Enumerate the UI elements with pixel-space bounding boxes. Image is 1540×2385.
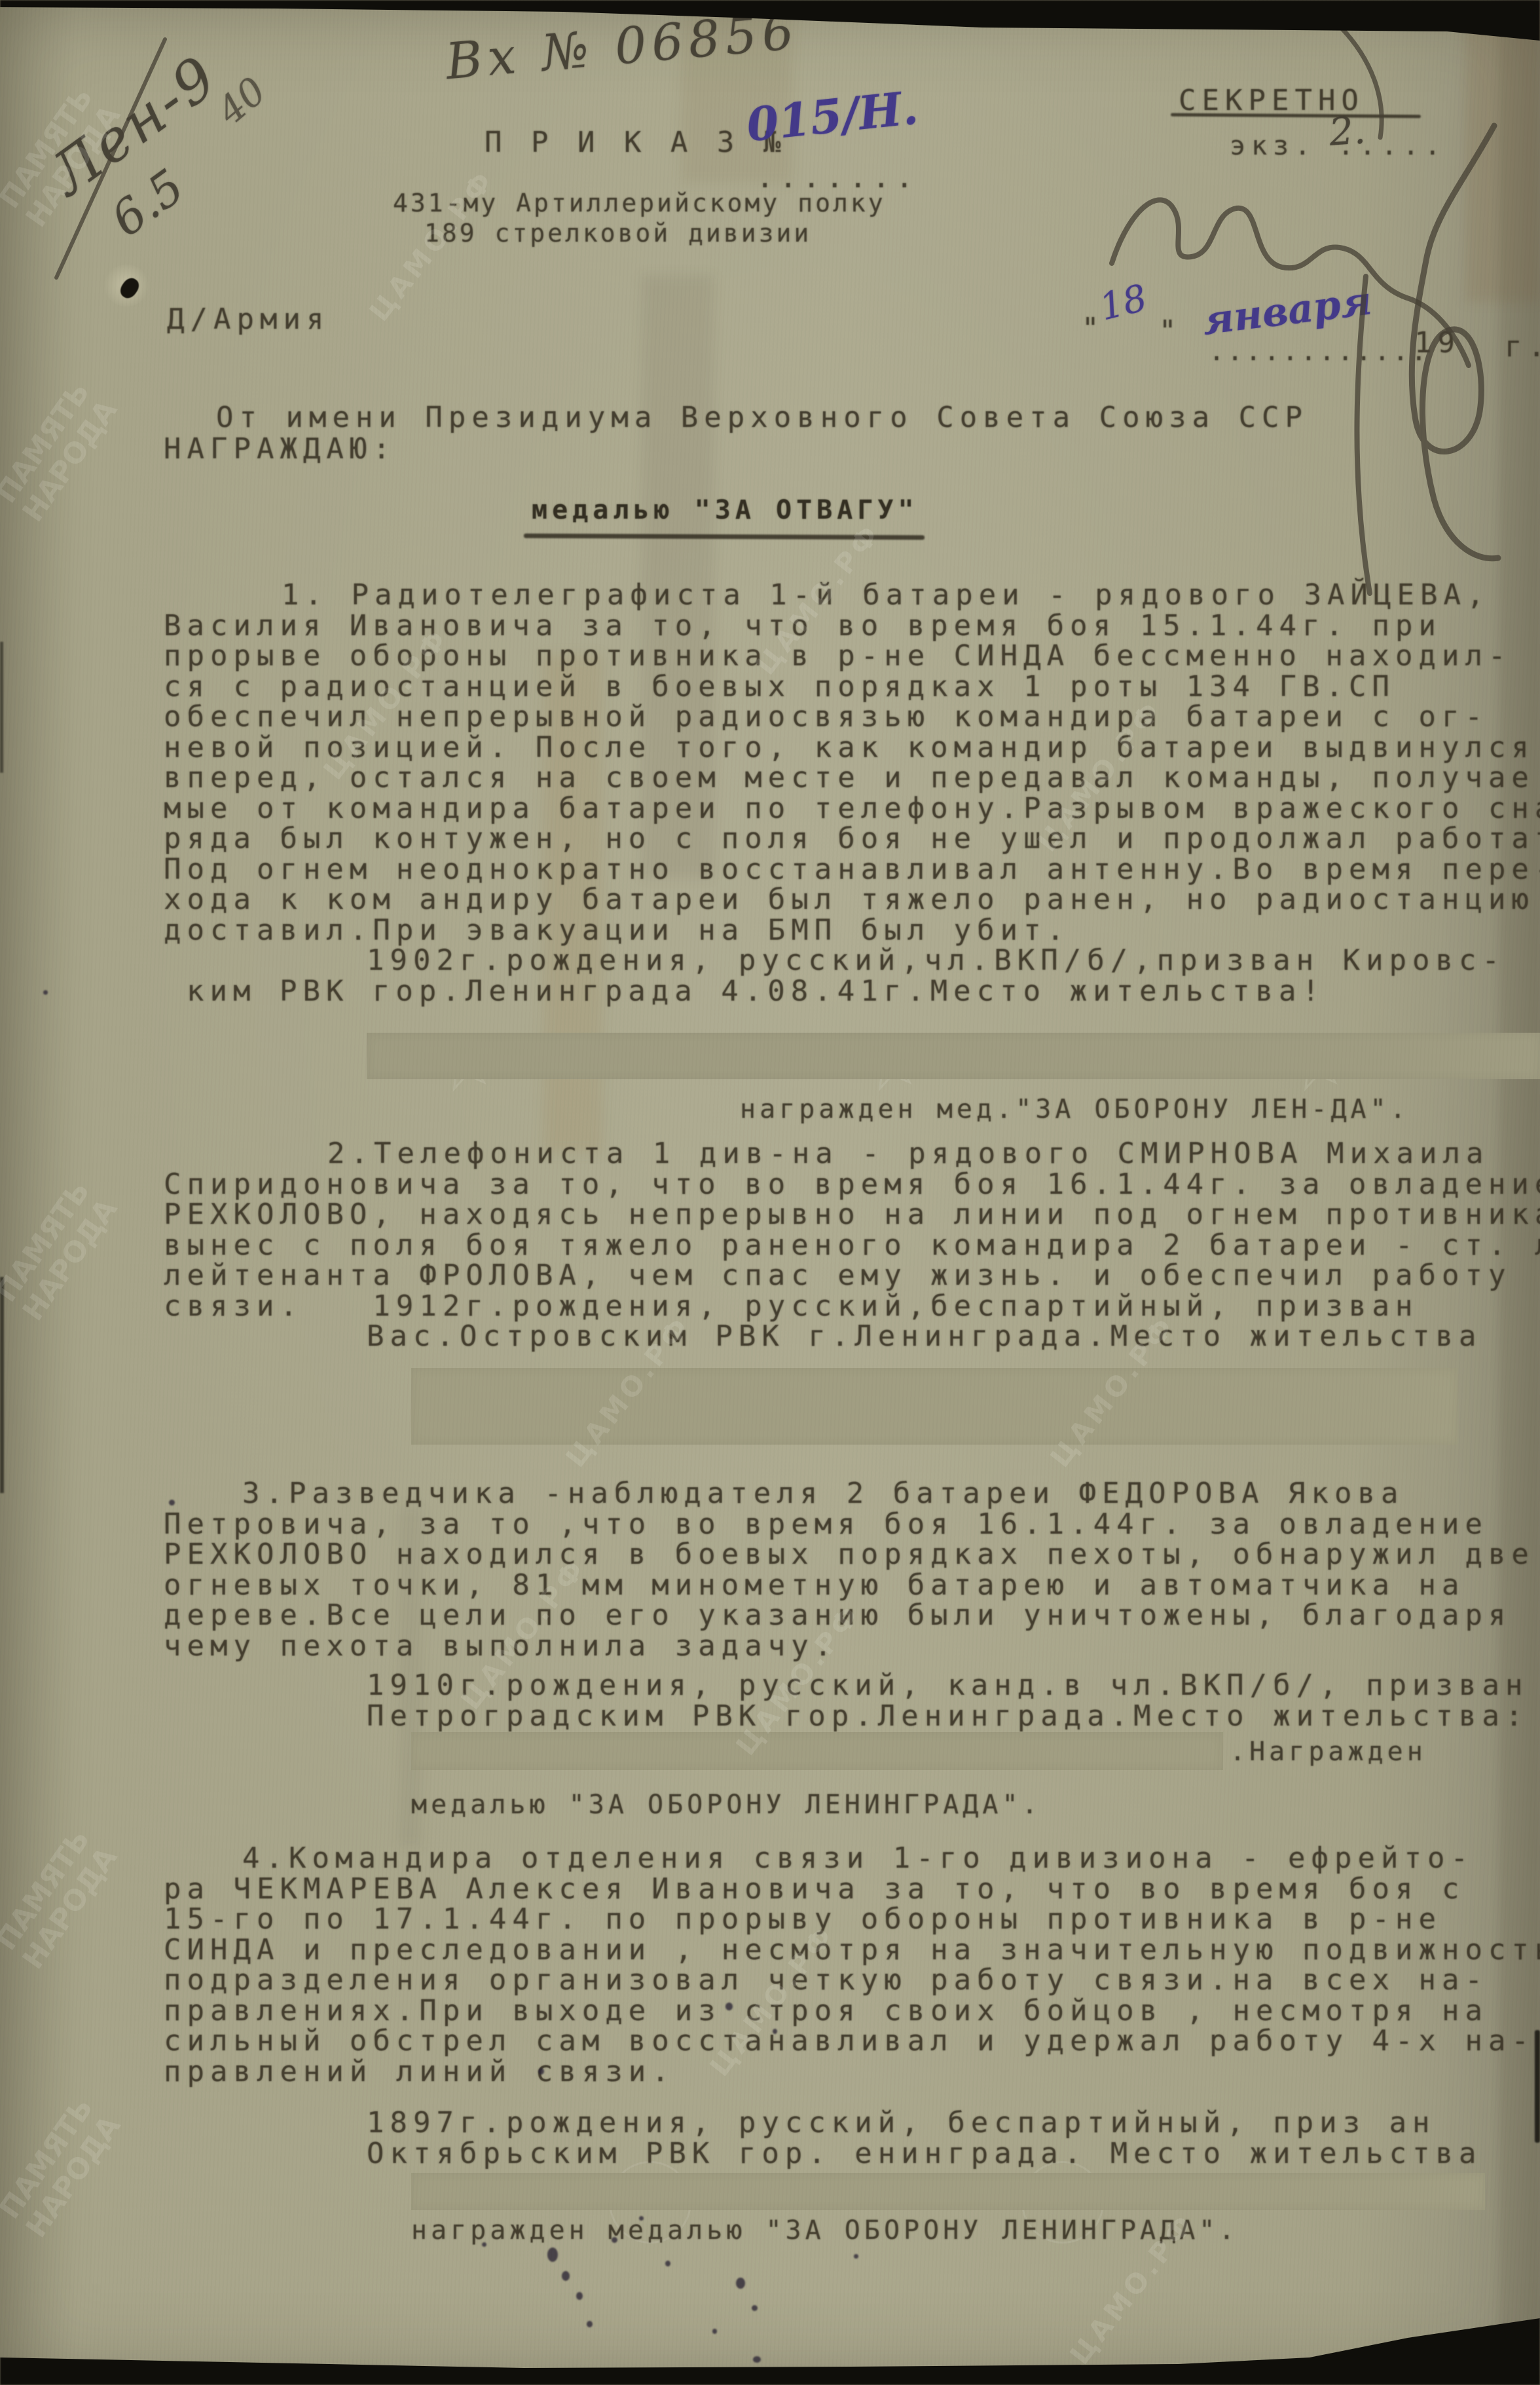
medal-heading: медалью "ЗА ОТВАГУ" — [532, 495, 919, 525]
award-line: медалью "ЗА ОБОРОНУ ЛЕНИНГРАДА". — [411, 1790, 1540, 1821]
typed-line: ряда был контужен, но с поля боя не ушел… — [164, 824, 1540, 855]
ink-smudge — [752, 2305, 758, 2311]
citation-paragraph-2: 2.Телефониста 1 див-на - рядового СМИРНО… — [164, 1139, 1540, 1352]
date-open-quote: " — [1082, 312, 1105, 345]
scan-edge-left — [0, 1277, 4, 1493]
copy-number-handwritten: 2. — [1328, 107, 1367, 155]
typed-line: 2.Телефониста 1 див-на - рядового СМИРНО… — [164, 1139, 1540, 1170]
scan-edge-bottom — [0, 2312, 1540, 2385]
typed-line: 15-го по 17.1.44г. по прорыву обороны пр… — [164, 1904, 1540, 1935]
typed-line: вперед, остался на своем месте и передав… — [164, 763, 1540, 794]
typed-line: чему пехота выполнила задачу. — [164, 1631, 1540, 1662]
typed-line: ра ЧЕКМАРЕВА Алексея Ивановича за то, чт… — [164, 1874, 1540, 1905]
scan-edge-left — [0, 642, 3, 773]
typed-line: обеспечил непрерывной радиосвязью команд… — [164, 702, 1540, 733]
date-dots: ............ — [1209, 337, 1429, 367]
typed-line: огневых точки, 81 мм минометную батарею … — [164, 1570, 1540, 1601]
typed-line: вынес с поля боя тяжело раненого команди… — [164, 1230, 1540, 1261]
typed-info-line: 1902г.рождения, русский,чл.ВКП/б/,призва… — [164, 946, 1540, 976]
ink-smudge — [854, 2254, 858, 2259]
typed-line: Петровича, за то ,что во время боя 16.1.… — [164, 1509, 1540, 1540]
typed-line: правлений линий связи. — [164, 2057, 1540, 2088]
typed-line: прорыве обороны противника в р-не СИНДА … — [164, 641, 1540, 672]
awarded-tail-text: .Награжден — [1230, 1737, 1427, 1767]
memory-watermark: ПАМЯТЬ НАРОДА — [0, 376, 124, 528]
ink-smudge — [712, 2329, 717, 2334]
ink-smudge — [562, 2271, 570, 2281]
typed-line: хода к ком андиру батареи был тяжело ран… — [164, 885, 1540, 915]
award-verb: НАГРАЖДАЮ: — [164, 432, 396, 466]
memory-watermark: ПАМЯТЬ НАРОДА — [0, 1823, 124, 1975]
typed-line: мые от командира батареи по телефону.Раз… — [164, 794, 1540, 824]
typed-line: Спиридоновича за то, что во время боя 16… — [164, 1170, 1540, 1200]
typed-info-line: Октябрьским РВК гор. енинграда. Место жи… — [164, 2139, 1540, 2170]
typed-info-line: Вас.Островским РВК г.Ленинграда.Место жи… — [164, 1322, 1540, 1352]
registry-note: 40 — [209, 68, 274, 134]
unit-line-2: 189 стрелковой дивизии — [424, 219, 811, 248]
ink-smudge — [736, 2278, 745, 2289]
typed-info-line: 1897г.рождения, русский, беспартийный, п… — [164, 2108, 1540, 2139]
ink-smudge — [547, 2247, 558, 2262]
date-month-handwritten: января — [1200, 278, 1374, 344]
paper-speck — [538, 2068, 544, 2075]
redaction-band-2 — [411, 1368, 1457, 1445]
secrecy-underline — [1171, 113, 1421, 119]
typed-line: Василия Ивановича за то, что во время бо… — [164, 611, 1540, 642]
typed-line: связи. 1912г.рождения, русский,беспартий… — [164, 1291, 1540, 1322]
award-line: награжден мед."ЗА ОБОРОНУ ЛЕН-ДА". — [740, 1094, 1540, 1125]
date-day-handwritten: 18 — [1095, 276, 1151, 329]
typed-line: невой позицией. После того, как командир… — [164, 733, 1540, 764]
typed-line: СИНДА и преследовании , несмотря на знач… — [164, 1935, 1540, 1966]
date-year: 19 — [1414, 326, 1461, 360]
paper-speck — [773, 2029, 777, 2034]
memory-watermark: ПАМЯТЬ НАРОДА — [0, 2092, 127, 2244]
typed-info-line: Петроградским РВК гор.Ленинграда.Место ж… — [164, 1701, 1540, 1732]
ink-smudge — [639, 2216, 644, 2221]
order-number-handwritten: 015/Н. — [744, 81, 920, 153]
paper-stain — [1465, 20, 1540, 301]
unit-line-1: 431-му Артиллерийскому полку — [393, 189, 886, 217]
medal-heading-underline — [524, 534, 925, 540]
typed-line: подразделения организовал четкую работу … — [164, 1965, 1540, 1996]
ink-smudge — [587, 2321, 593, 2327]
award-line: награжден медалью "ЗА ОБОРОНУ ЛЕНИНГРАДА… — [411, 2215, 1540, 2246]
typed-info-line: ким РВК гор.Ленинграда 4.08.41г.Место жи… — [164, 976, 1540, 1007]
date-close-quote: " — [1159, 314, 1182, 348]
typed-line: дереве.Все цели по его указанию были уни… — [164, 1600, 1540, 1631]
memory-watermark: ПАМЯТЬ НАРОДА — [0, 1175, 124, 1327]
typed-line: доставил.При эвакуации на БМП был убит. — [164, 915, 1540, 946]
redaction-band-4 — [411, 2173, 1485, 2210]
order-title: П Р И К А З № — [485, 126, 786, 159]
ink-smudge — [665, 2261, 670, 2266]
typed-line: лейтенанта ФРОЛОВА, чем спас ему жизнь. … — [164, 1261, 1540, 1291]
army-line: Д/Армия — [167, 303, 329, 336]
typed-line: РЕХКОЛОВО, находясь непрерывно на линии … — [164, 1200, 1540, 1230]
paper-speck — [43, 990, 48, 995]
typed-line: 1. Радиотелеграфиста 1-й батареи - рядов… — [164, 580, 1540, 611]
typed-line: сильный обстрел сам восстанавливал и уде… — [164, 2026, 1540, 2057]
typed-line: 4.Командира отделения связи 1-го дивизио… — [164, 1843, 1540, 1874]
ink-smudge — [576, 2292, 583, 2300]
typed-info-line: 1910г.рождения, русский, канд.в чл.ВКП/б… — [164, 1671, 1540, 1701]
scan-edge-right — [1535, 2030, 1540, 2143]
document-page: ☆ ☆ ☆ Лен-9 40 6.5 Вх № 06856 П Р И К А … — [0, 0, 1540, 2385]
redaction-band-1 — [367, 1033, 1540, 1079]
typed-line: правлениях.При выходе из строя своих бой… — [164, 1996, 1540, 2027]
ink-smudge — [612, 2237, 617, 2243]
typed-line: РЕХКОЛОВО находился в боевых порядках пе… — [164, 1540, 1540, 1570]
redaction-band-3 — [411, 1732, 1223, 1770]
typed-line: ся с радиостанцией в боевых порядках 1 р… — [164, 672, 1540, 703]
date-year-suffix: г. — [1505, 330, 1540, 363]
preamble-line: От имени Президиума Верховного Совета Со… — [216, 401, 1308, 434]
ink-smudge — [482, 2242, 486, 2247]
paper-speck — [169, 1500, 175, 1506]
paper-speck — [725, 2003, 733, 2010]
typed-line: Под огнем неоднократно восстанавливал ан… — [164, 855, 1540, 885]
ink-smudge — [753, 2356, 761, 2363]
typed-line: 3.Разведчика -наблюдателя 2 батареи ФЕДО… — [164, 1479, 1540, 1509]
